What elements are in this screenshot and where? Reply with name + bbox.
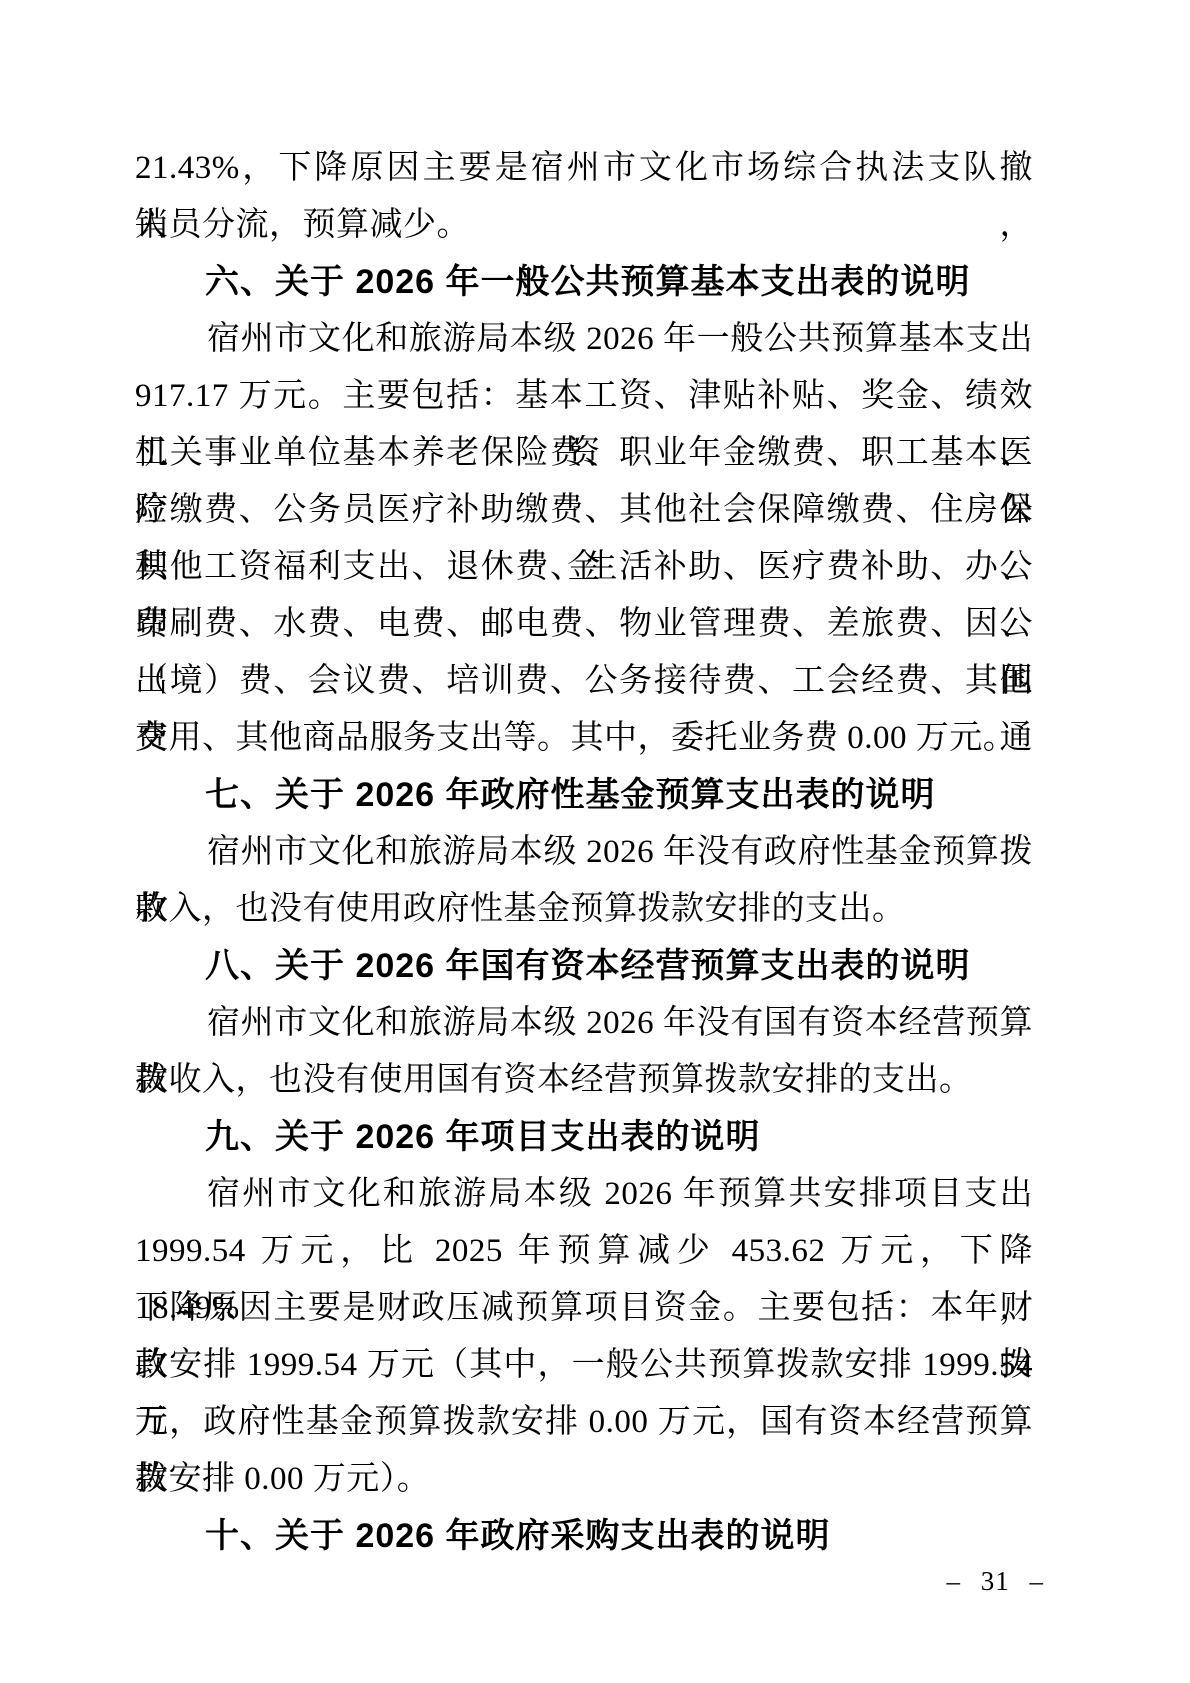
text-line: 下降原因主要是财政压减预算项目资金。主要包括：本年财政拨	[135, 1280, 1033, 1337]
document-page: 21.43%，下降原因主要是宿州市文化市场综合执法支队撤销， 人员分流，预算减少…	[0, 0, 1190, 1683]
text-line: 款安排 1999.54 万元（其中，一般公共预算拨款安排 1999.54 万	[135, 1337, 1033, 1394]
text-line: 元，政府性基金预算拨款安排 0.00 万元，国有资本经营预算拨	[135, 1394, 1033, 1451]
text-line: 机关事业单位基本养老保险费、职业年金缴费、职工基本医疗保	[135, 425, 1033, 482]
section-heading: 七、关于 2026 年政府性基金预算支出表的说明	[135, 767, 1033, 824]
text-line: 宿州市文化和旅游局本级 2026 年没有政府性基金预算拨款	[135, 824, 1033, 881]
section-heading: 九、关于 2026 年项目支出表的说明	[135, 1109, 1033, 1166]
text-line: 宿州市文化和旅游局本级 2026 年预算共安排项目支出	[135, 1166, 1033, 1223]
document-body: 21.43%，下降原因主要是宿州市文化市场综合执法支队撤销， 人员分流，预算减少…	[135, 140, 1033, 1565]
text-line: 款安排 0.00 万元）。	[135, 1451, 1033, 1508]
text-line: 其他工资福利支出、退休费、生活补助、医疗费补助、办公费、	[135, 539, 1033, 596]
text-line: 收入，也没有使用政府性基金预算拨款安排的支出。	[135, 881, 1033, 938]
page-number: – 31 –	[947, 1566, 1045, 1597]
text-line: 险缴费、公务员医疗补助缴费、其他社会保障缴费、住房公积金、	[135, 482, 1033, 539]
text-line: 宿州市文化和旅游局本级 2026 年一般公共预算基本支出	[135, 311, 1033, 368]
text-line: 1999.54 万元，比 2025 年预算减少 453.62 万元，下降 18.…	[135, 1223, 1033, 1280]
section-heading: 八、关于 2026 年国有资本经营预算支出表的说明	[135, 938, 1033, 995]
text-line: 印刷费、水费、电费、邮电费、物业管理费、差旅费、因公出国	[135, 596, 1033, 653]
text-line: 21.43%，下降原因主要是宿州市文化市场综合执法支队撤销，	[135, 140, 1033, 197]
text-line: 费用、其他商品服务支出等。其中，委托业务费 0.00 万元。	[135, 710, 1033, 767]
text-line: （境）费、会议费、培训费、公务接待费、工会经费、其他交通	[135, 653, 1033, 710]
section-heading: 六、关于 2026 年一般公共预算基本支出表的说明	[135, 254, 1033, 311]
section-heading: 十、关于 2026 年政府采购支出表的说明	[135, 1508, 1033, 1565]
text-line: 917.17 万元。主要包括：基本工资、津贴补贴、奖金、绩效工资、	[135, 368, 1033, 425]
text-line: 款收入，也没有使用国有资本经营预算拨款安排的支出。	[135, 1052, 1033, 1109]
text-line: 宿州市文化和旅游局本级 2026 年没有国有资本经营预算拨	[135, 995, 1033, 1052]
